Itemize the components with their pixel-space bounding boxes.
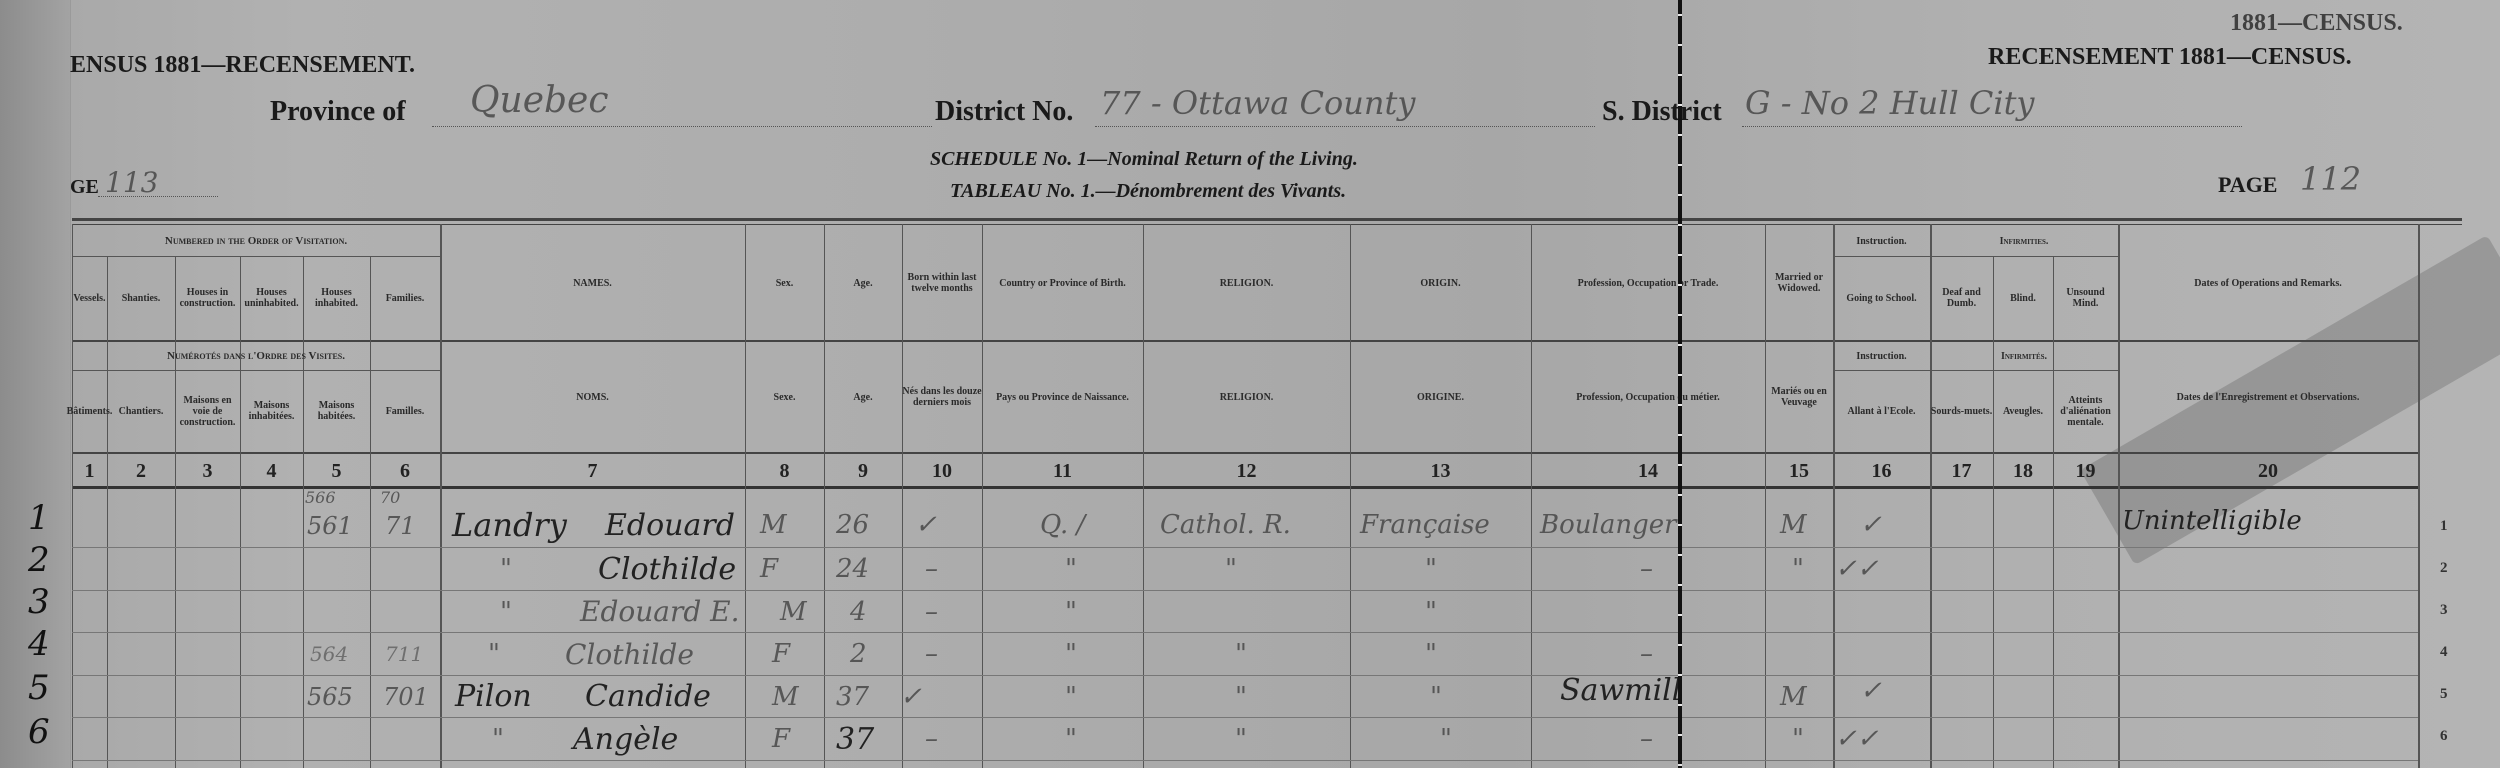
cell-origin[interactable]: " [1430,676,1442,717]
cell-occupation[interactable]: – [1640,718,1653,760]
cell-birth-place[interactable]: Q. / [1040,504,1085,546]
col-header-fr-5: Maisons habitées. [303,370,370,452]
cell-married[interactable]: " [1792,548,1804,590]
cell-age[interactable]: 24 [836,548,869,590]
col-header-en-2: Shanties. [107,256,175,340]
cell-occupation[interactable]: Sawmill [1560,670,1681,711]
group-header-infirmities-en: Infirmities. [1930,226,2118,256]
cell-religion[interactable]: " [1225,548,1237,590]
subdistrict-label: S. District [1602,96,1722,128]
header-bottom-line [72,452,2418,454]
col-header-en-4: Houses uninhabited. [240,256,303,340]
cell-families[interactable]: 71 [385,506,416,546]
cell-remarks[interactable]: Unintelligible [2122,500,2302,542]
cell-school[interactable]: ✓ [1860,504,1882,546]
cell-occupation[interactable]: – [1640,548,1653,590]
col-header-en-12: RELIGION. [1143,226,1350,340]
cell-given-name[interactable]: Clothilde [565,633,694,675]
cell-surname[interactable]: " [500,548,512,590]
cell-age[interactable]: 37 [836,676,869,717]
printed-line-number: 1 [2440,518,2448,535]
group-header-infirmities-fr: Infirmités. [1930,342,2118,370]
cell-born-12m[interactable]: ✓ [915,504,937,546]
cell-origin[interactable]: Française [1360,504,1490,546]
col-header-fr-19: Atteints d'aliénation mentale. [2053,370,2118,452]
cell-given-name[interactable]: Clothilde [598,548,736,590]
cell-houses-inhabited[interactable]: 565 [307,676,353,717]
page-value[interactable]: 112 [2300,160,2361,198]
col-number: 4 [240,456,303,486]
schedule-title-en: SCHEDULE No. 1—Nominal Return of the Liv… [930,148,1358,171]
page-left-value[interactable]: 113 [105,166,158,199]
district-value[interactable]: 77 - Ottawa County [1100,84,1415,122]
col-header-fr-20: Dates de l'Enregistrement et Observation… [2118,342,2418,452]
col-header-fr-2: Chantiers. [107,370,175,452]
cell-sex[interactable]: F [760,548,778,590]
cell-school[interactable]: ✓ [1860,670,1882,711]
col-number: 10 [902,456,982,486]
cell-birth-place[interactable]: " [1065,633,1077,675]
cell-school[interactable]: ✓✓ [1835,718,1879,760]
left-line-number: 3 [28,582,50,622]
col-header-en-9: Age. [824,226,902,340]
col-header-fr-15: Mariés ou en Veuvage [1765,342,1833,452]
col-header-en-18: Blind. [1993,256,2053,340]
col-header-en-5: Houses inhabited. [303,256,370,340]
col-number: 11 [982,456,1143,486]
col-number: 15 [1765,456,1833,486]
cell-religion[interactable]: " [1235,633,1247,675]
cell-sex[interactable]: M [760,504,787,546]
cell-religion[interactable]: Cathol. R. [1160,504,1291,546]
cell-birth-place[interactable]: " [1065,718,1077,760]
col-line [2418,224,2420,768]
cell-houses-inhabited[interactable]: 561 [307,506,353,546]
col-number: 3 [175,456,240,486]
cell-sex[interactable]: F [772,633,790,675]
col-header-fr-7: NOMS. [440,342,745,452]
province-value[interactable]: Quebec [470,80,609,121]
cell-surname[interactable]: " [500,591,512,632]
title-right: RECENSEMENT 1881—CENSUS. [1988,44,2352,71]
district-label: District No. [935,96,1073,128]
col-number: 17 [1930,456,1993,486]
col-header-fr-16: Allant à l'Ecole. [1833,370,1930,452]
schedule-title-fr: TABLEAU No. 1.—Dénombrement des Vivants. [950,180,1346,203]
table-top-rule [72,218,2462,221]
printed-line-number: 2 [2440,560,2448,577]
cell-born-12m[interactable]: ✓ [900,676,922,717]
cell-given-name[interactable]: Edouard E. [580,591,740,632]
col-header-fr-17: Sourds-muets. [1930,370,1993,452]
col-number: 2 [107,456,175,486]
col-header-en-11: Country or Province of Birth. [982,226,1143,340]
col-header-fr-8: Sexe. [745,342,824,452]
subdistrict-underline [1742,126,2242,127]
province-underline [432,126,932,127]
left-line-number: 1 [28,498,50,538]
group-header-instruction-fr: Instruction. [1833,342,1930,370]
col-number: 18 [1993,456,2053,486]
cell-origin[interactable]: " [1425,591,1437,632]
table-top-rule-thin [72,224,2462,225]
printed-line-number: 5 [2440,686,2448,703]
cell-married[interactable]: M [1780,676,1807,717]
cell-houses-inhabited-above[interactable]: 566 [305,488,336,506]
col-header-en-13: ORIGIN. [1350,226,1531,340]
colnum-bottom-line [72,486,2418,489]
cell-born-12m[interactable]: – [925,718,938,760]
col-header-en-16: Going to School. [1833,256,1930,340]
col-number: 12 [1143,456,1350,486]
page-left-label: GE [70,176,99,199]
cell-age[interactable]: 37 [836,718,874,760]
cell-birth-place[interactable]: " [1065,548,1077,590]
col-number: 8 [745,456,824,486]
cell-given-name[interactable]: Angèle [573,718,678,760]
col-header-en-19: Unsound Mind. [2053,256,2118,340]
cell-birth-place[interactable]: " [1065,676,1077,717]
col-header-fr-6: Familles. [370,370,440,452]
col-header-fr-10: Nés dans les douze derniers mois [902,342,982,452]
col-header-fr-18: Aveugles. [1993,370,2053,452]
col-number: 6 [370,456,440,486]
cell-families[interactable]: 711 [385,633,423,675]
col-number: 14 [1531,456,1765,486]
col-header-en-3: Houses in construction. [175,256,240,340]
cell-sex[interactable]: M [780,591,807,632]
col-header-fr-11: Pays ou Province de Naissance. [982,342,1143,452]
group-header-visitation-en: Numbered in the Order of Visitation. [72,226,440,256]
cell-religion[interactable]: " [1235,676,1247,717]
left-line-number: 4 [28,624,50,664]
cell-given-name[interactable]: Edouard [605,504,735,546]
cell-age[interactable]: 26 [836,504,869,546]
col-header-fr-14: Profession, Occupation ou métier. [1531,342,1765,452]
col-number: 19 [2053,456,2118,486]
col-header-fr-13: ORIGINE. [1350,342,1531,452]
cell-families[interactable]: 701 [383,676,429,717]
cell-occupation[interactable]: – [1640,633,1653,675]
col-header-en-6: Families. [370,256,440,340]
cell-religion[interactable]: " [1235,718,1247,760]
cell-origin[interactable]: " [1440,718,1452,760]
cell-surname[interactable]: Pilon [455,676,532,717]
group-header-visitation-fr: Numérotés dans l'Ordre des Visites. [72,342,440,370]
cell-sex[interactable]: F [772,718,790,760]
col-header-en-15: Married or Widowed. [1765,226,1833,340]
printed-line-number: 3 [2440,602,2448,619]
cell-born-12m[interactable]: – [925,591,938,632]
cell-families-above[interactable]: 70 [380,488,400,506]
col-header-fr-4: Maisons inhabitées. [240,370,303,452]
printed-line-number: 6 [2440,728,2448,745]
cell-origin[interactable]: " [1425,633,1437,675]
title-left: ENSUS 1881—RECENSEMENT. [70,52,415,79]
col-number: 20 [2118,456,2418,486]
col-header-en-8: Sex. [745,226,824,340]
col-header-en-14: Profession, Occupation or Trade. [1531,226,1765,340]
cell-sex[interactable]: M [772,676,799,717]
cell-surname[interactable]: " [488,633,500,675]
left-line-number: 6 [28,712,50,752]
cell-born-12m[interactable]: – [925,548,938,590]
col-header-fr-1: Bâtiments. [72,370,107,452]
col-header-en-17: Deaf and Dumb. [1930,256,1993,340]
row-line [72,547,2418,548]
cell-occupation[interactable]: Boulanger [1540,504,1677,546]
cell-school[interactable]: ✓✓ [1835,548,1879,590]
cell-houses-inhabited[interactable]: 564 [310,633,348,675]
page-label: PAGE [2218,172,2277,198]
cell-age[interactable]: 2 [850,633,867,675]
row-line [72,760,2418,761]
col-number: 1 [72,456,107,486]
col-number: 5 [303,456,370,486]
col-number: 7 [440,456,745,486]
district-underline [1095,126,1595,127]
col-header-en-7: NAMES. [440,226,745,340]
printed-line-number: 4 [2440,644,2448,661]
col-header-en-20: Dates of Operations and Remarks. [2118,226,2418,340]
col-header-fr-12: RELIGION. [1143,342,1350,452]
col-header-en-1: Vessels. [72,256,107,340]
cell-age[interactable]: 4 [850,591,867,632]
col-number: 13 [1350,456,1531,486]
col-number: 9 [824,456,902,486]
left-line-number: 2 [28,540,50,580]
cell-married[interactable]: " [1792,718,1804,760]
col-header-fr-9: Age. [824,342,902,452]
col-header-fr-3: Maisons en voie de construction. [175,370,240,452]
cell-surname[interactable]: Landry [452,504,567,546]
subdistrict-value[interactable]: G - No 2 Hull City [1745,84,2035,122]
col-number: 16 [1833,456,1930,486]
cell-surname[interactable]: " [492,718,504,760]
cell-origin[interactable]: " [1425,548,1437,590]
cell-given-name[interactable]: Candide [585,676,711,717]
title-right-faded: 1881—CENSUS. [2230,10,2403,37]
province-label: Province of [270,96,406,128]
cell-birth-place[interactable]: " [1065,591,1077,632]
left-line-number: 5 [28,668,50,708]
page-fold-crease [1678,0,1682,768]
group-header-instruction-en: Instruction. [1833,226,1930,256]
census-page: ENSUS 1881—RECENSEMENT. 1881—CENSUS. REC… [0,0,2500,768]
cell-married[interactable]: M [1780,504,1807,546]
col-header-en-10: Born within last twelve months [902,226,982,340]
cell-born-12m[interactable]: – [925,633,938,675]
row-line [72,590,2418,591]
